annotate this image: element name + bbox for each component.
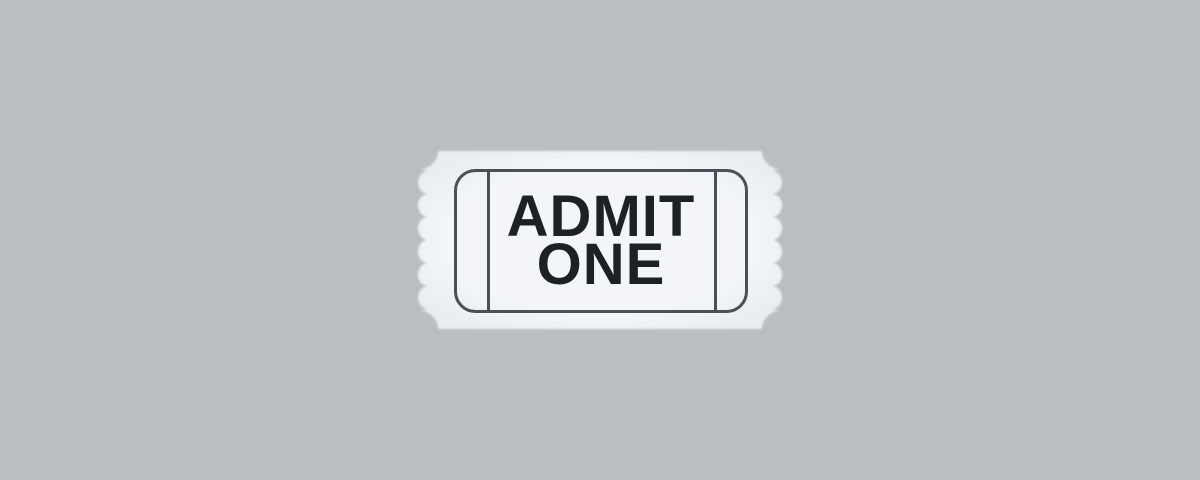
canvas: ADMIT ONE (0, 0, 1200, 480)
admit-one-ticket-icon: ADMIT ONE (0, 0, 1200, 480)
ticket-text-line2: ONE (537, 232, 666, 297)
